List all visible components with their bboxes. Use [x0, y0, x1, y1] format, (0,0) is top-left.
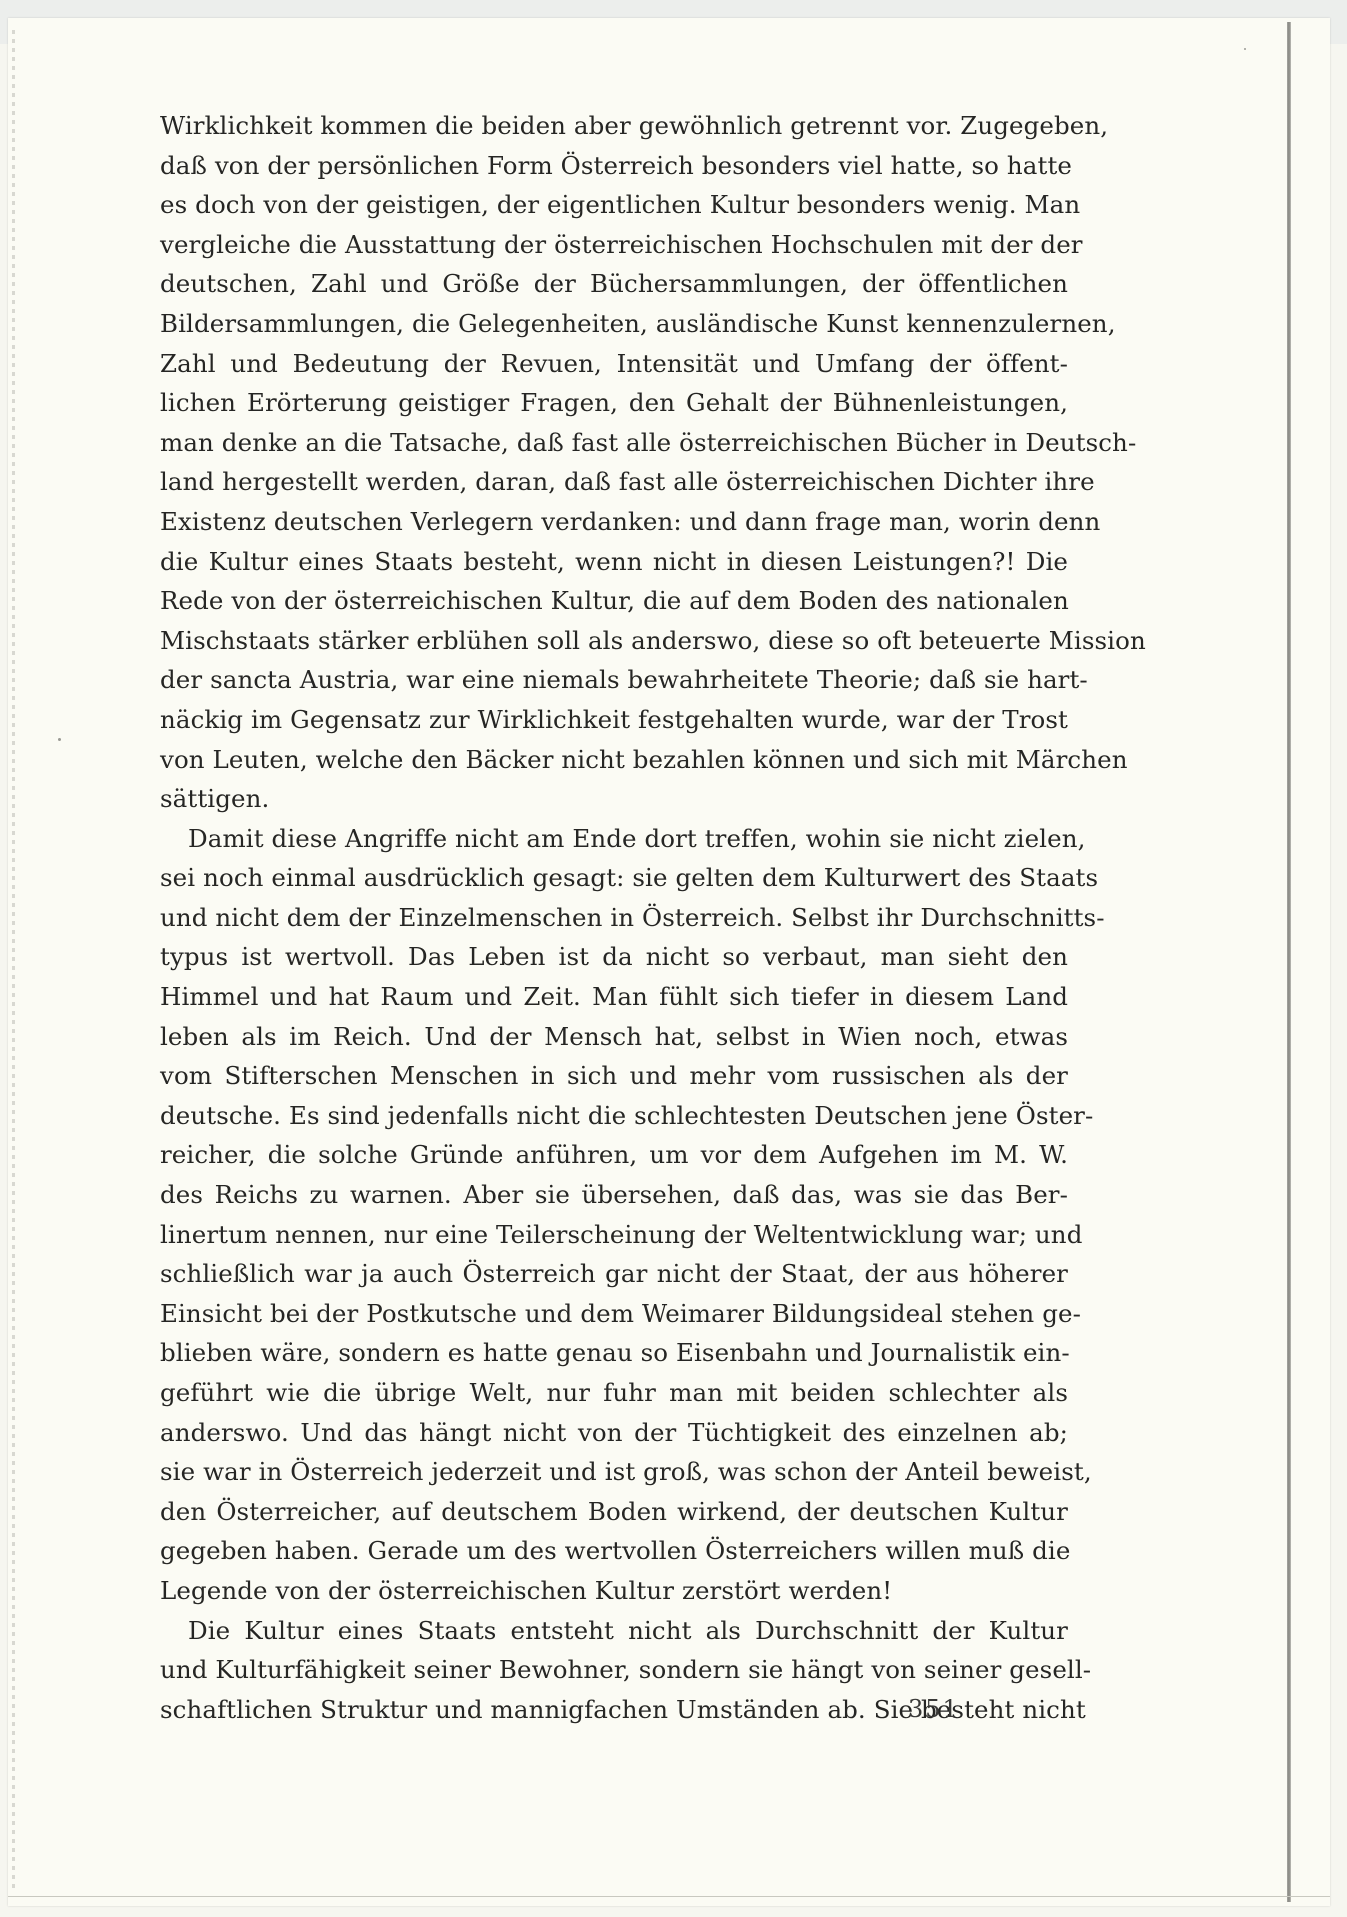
text-line: Existenz deutschen Verlegern verdanken: …	[160, 502, 1068, 542]
text-line: deutsche. Es sind jedenfalls nicht die s…	[160, 1096, 1068, 1136]
text-line: anderswo. Und das hängt nicht von der Tü…	[160, 1413, 1068, 1453]
text-line: Damit diese Angriffe nicht am Ende dort …	[160, 819, 1068, 859]
paragraph-1: Wirklichkeit kommen die beiden aber gewö…	[160, 106, 1068, 819]
text-line: sei noch einmal ausdrücklich gesagt: sie…	[160, 858, 1068, 898]
text-line: Die Kultur eines Staats entsteht nicht a…	[160, 1611, 1068, 1651]
text-line: deutschen, Zahl und Größe der Büchersamm…	[160, 264, 1068, 304]
text-line: sie war in Österreich jederzeit und ist …	[160, 1452, 1068, 1492]
text-line: es doch von der geistigen, der eigentlic…	[160, 185, 1068, 225]
paper-speck	[1244, 48, 1246, 50]
text-line: von Leuten, welche den Bäcker nicht beza…	[160, 740, 1068, 780]
text-line: gegeben haben. Gerade um des wertvollen …	[160, 1531, 1068, 1571]
text-line: Einsicht bei der Postkutsche und dem Wei…	[160, 1294, 1068, 1334]
paper-speck	[58, 738, 61, 741]
text-line: geführt wie die übrige Welt, nur fuhr ma…	[160, 1373, 1068, 1413]
text-line: schließlich war ja auch Österreich gar n…	[160, 1254, 1068, 1294]
text-line: des Reichs zu warnen. Aber sie übersehen…	[160, 1175, 1068, 1215]
text-line: und Kulturfähigkeit seiner Bewohner, son…	[160, 1650, 1068, 1690]
text-line: typus ist wertvoll. Das Leben ist da nic…	[160, 937, 1068, 977]
text-line: lichen Erörterung geistiger Fragen, den …	[160, 383, 1068, 423]
text-line: reicher, die solche Gründe anführen, um …	[160, 1135, 1068, 1175]
text-line: sättigen.	[160, 779, 1068, 819]
text-line: Legende von der österreichischen Kultur …	[160, 1571, 1068, 1611]
scanned-page-image: Wirklichkeit kommen die beiden aber gewö…	[0, 0, 1347, 1917]
text-line: vergleiche die Ausstattung der österreic…	[160, 225, 1068, 265]
text-line: Himmel und hat Raum und Zeit. Man fühlt …	[160, 977, 1068, 1017]
page-edge-left	[12, 30, 15, 1890]
text-line: leben als im Reich. Und der Mensch hat, …	[160, 1017, 1068, 1057]
text-line: Bildersammlungen, die Gelegenheiten, aus…	[160, 304, 1068, 344]
text-line: der sancta Austria, war eine niemals bew…	[160, 660, 1068, 700]
page-number: 351	[908, 1695, 960, 1723]
text-line: näckig im Gegensatz zur Wirklichkeit fes…	[160, 700, 1068, 740]
text-line: blieben wäre, sondern es hatte genau so …	[160, 1333, 1068, 1373]
body-text: Wirklichkeit kommen die beiden aber gewö…	[160, 106, 1068, 1729]
paragraph-2: Damit diese Angriffe nicht am Ende dort …	[160, 819, 1068, 1611]
page-bottom-edge	[8, 1896, 1330, 1897]
text-line: linertum nennen, nur eine Teilerscheinun…	[160, 1215, 1068, 1255]
text-line: Mischstaats stärker erblühen soll als an…	[160, 621, 1068, 661]
text-line: den Österreicher, auf deutschem Boden wi…	[160, 1492, 1068, 1532]
text-line: man denke an die Tatsache, daß fast alle…	[160, 423, 1068, 463]
text-line: Rede von der österreichischen Kultur, di…	[160, 581, 1068, 621]
text-line: land hergestellt werden, daran, daß fast…	[160, 462, 1068, 502]
text-line: die Kultur eines Staats besteht, wenn ni…	[160, 542, 1068, 582]
page-fold-shadow	[1287, 22, 1291, 1902]
text-line: Wirklichkeit kommen die beiden aber gewö…	[160, 106, 1068, 146]
text-line: vom Stifterschen Menschen in sich und me…	[160, 1056, 1068, 1096]
text-line: und nicht dem der Einzelmenschen in Öste…	[160, 898, 1068, 938]
text-line: Zahl und Bedeutung der Revuen, Intensitä…	[160, 344, 1068, 384]
text-line: daß von der persönlichen Form Österreich…	[160, 146, 1068, 186]
